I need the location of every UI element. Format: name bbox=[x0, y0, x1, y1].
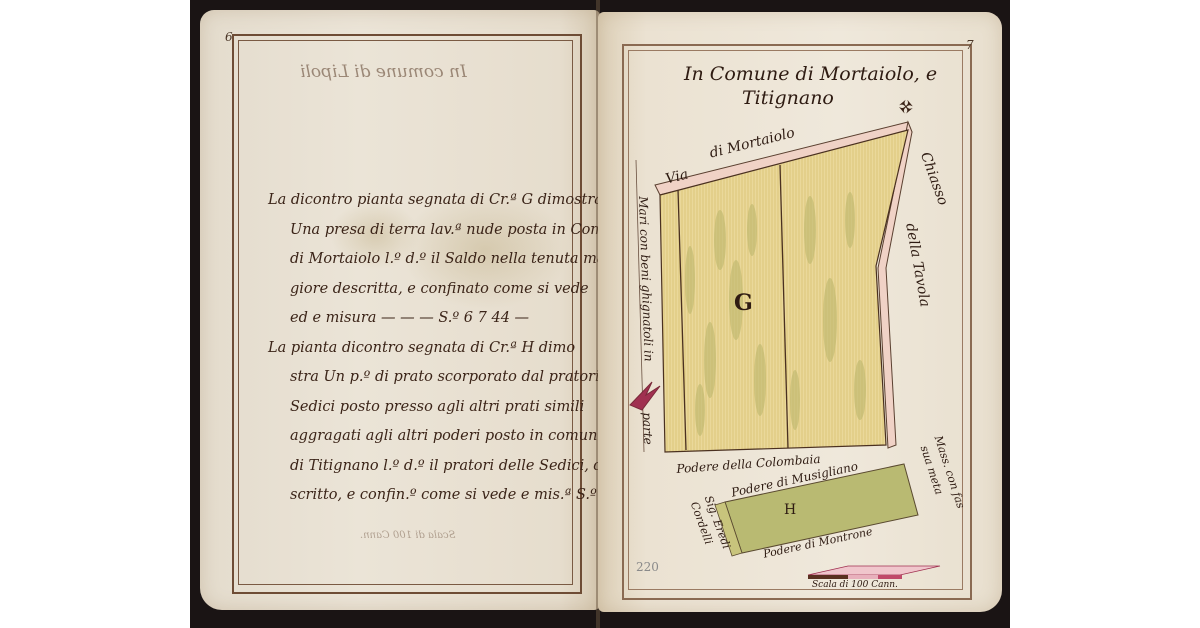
catalog-number: 220 bbox=[636, 560, 659, 574]
parcel-H-label: H bbox=[784, 502, 796, 518]
cadastral-map bbox=[0, 0, 1200, 628]
scale-bar bbox=[808, 566, 940, 579]
label-left-boundary-2: parte bbox=[640, 412, 655, 445]
arrow-icon bbox=[630, 382, 660, 410]
scale-label: Scala di 100 Cann. bbox=[812, 580, 898, 590]
parcel-G-label: G bbox=[734, 290, 753, 316]
